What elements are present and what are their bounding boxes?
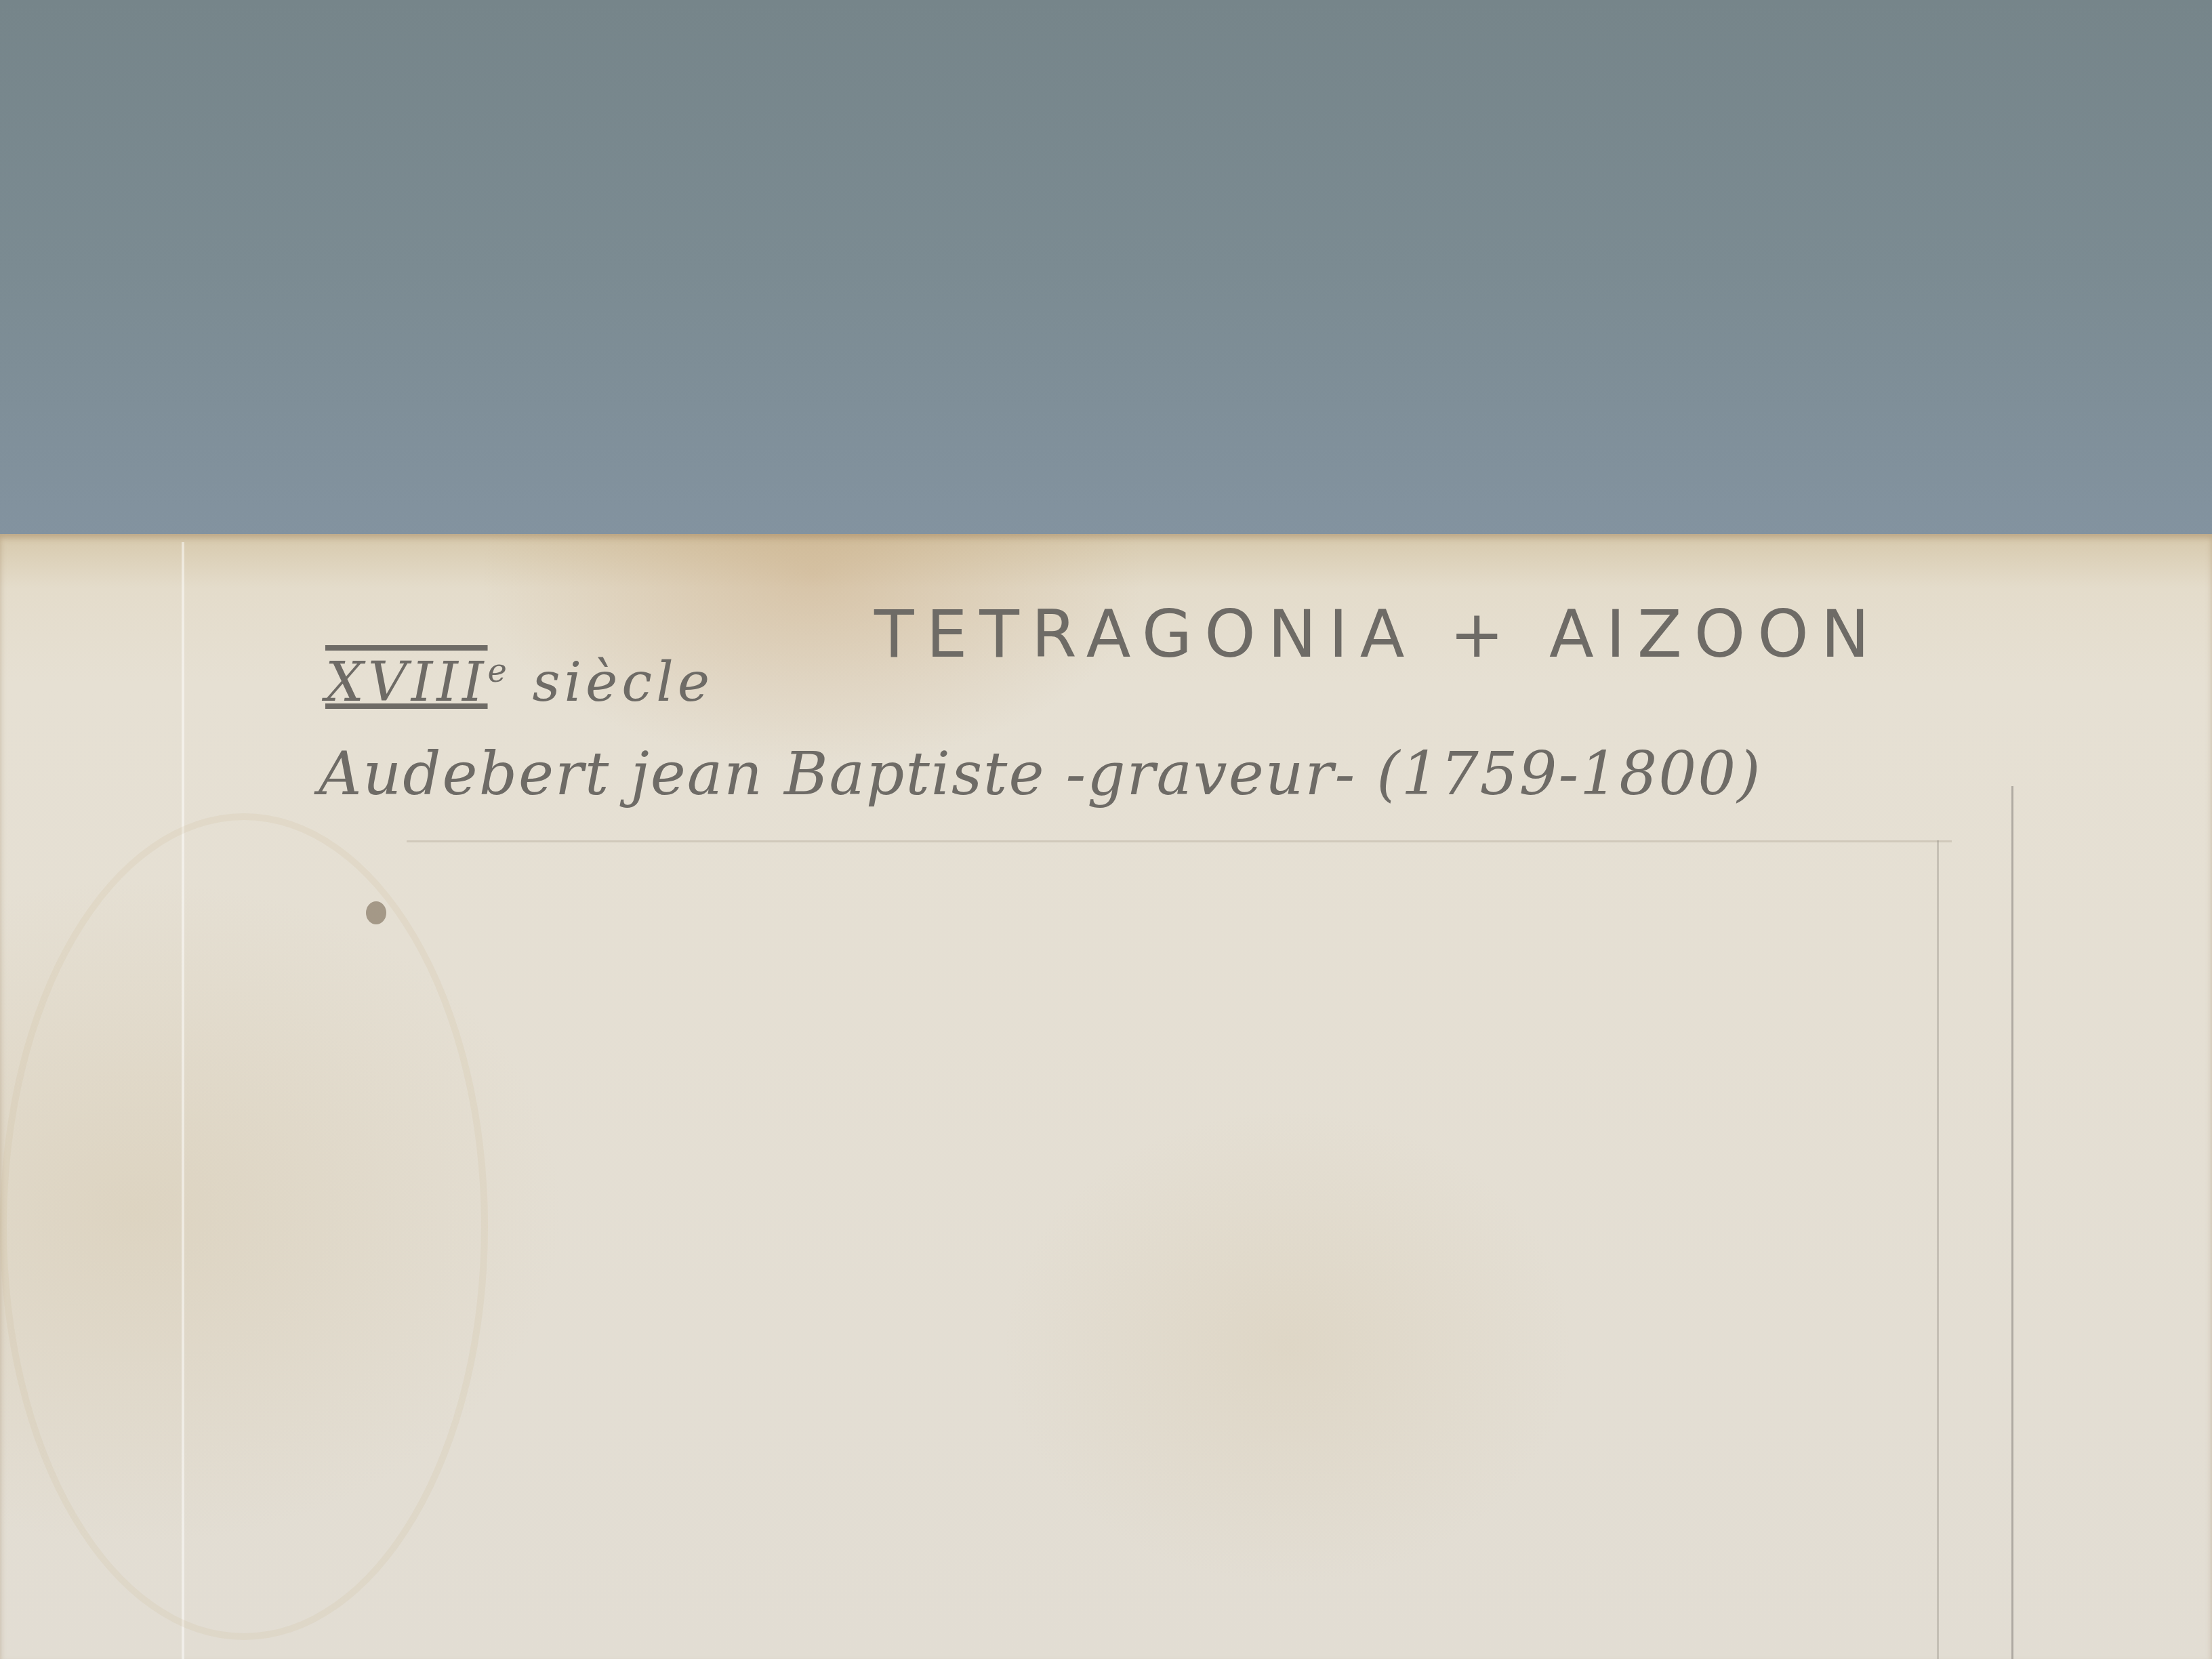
century-word: siècle — [532, 651, 714, 714]
grey-backdrop — [0, 0, 2212, 542]
pencil-border-line — [2011, 786, 2013, 1659]
author-text: Audebert jean Baptiste -graveur- (1759-1… — [319, 739, 1762, 808]
handwritten-title: TETRAGONIA + AIZOON — [874, 596, 1882, 672]
handwritten-author: Audebert jean Baptiste -graveur- (1759-1… — [319, 739, 1762, 808]
plate-mark-right — [1937, 840, 1939, 1659]
foxing-stain — [0, 813, 488, 1640]
plate-mark-top — [407, 840, 1952, 842]
century-suffix: e — [488, 652, 511, 690]
title-text: TETRAGONIA + AIZOON — [874, 596, 1882, 672]
century-numeral: XVIII — [325, 651, 488, 714]
handwritten-century: XVIIIe siècle — [325, 651, 714, 714]
